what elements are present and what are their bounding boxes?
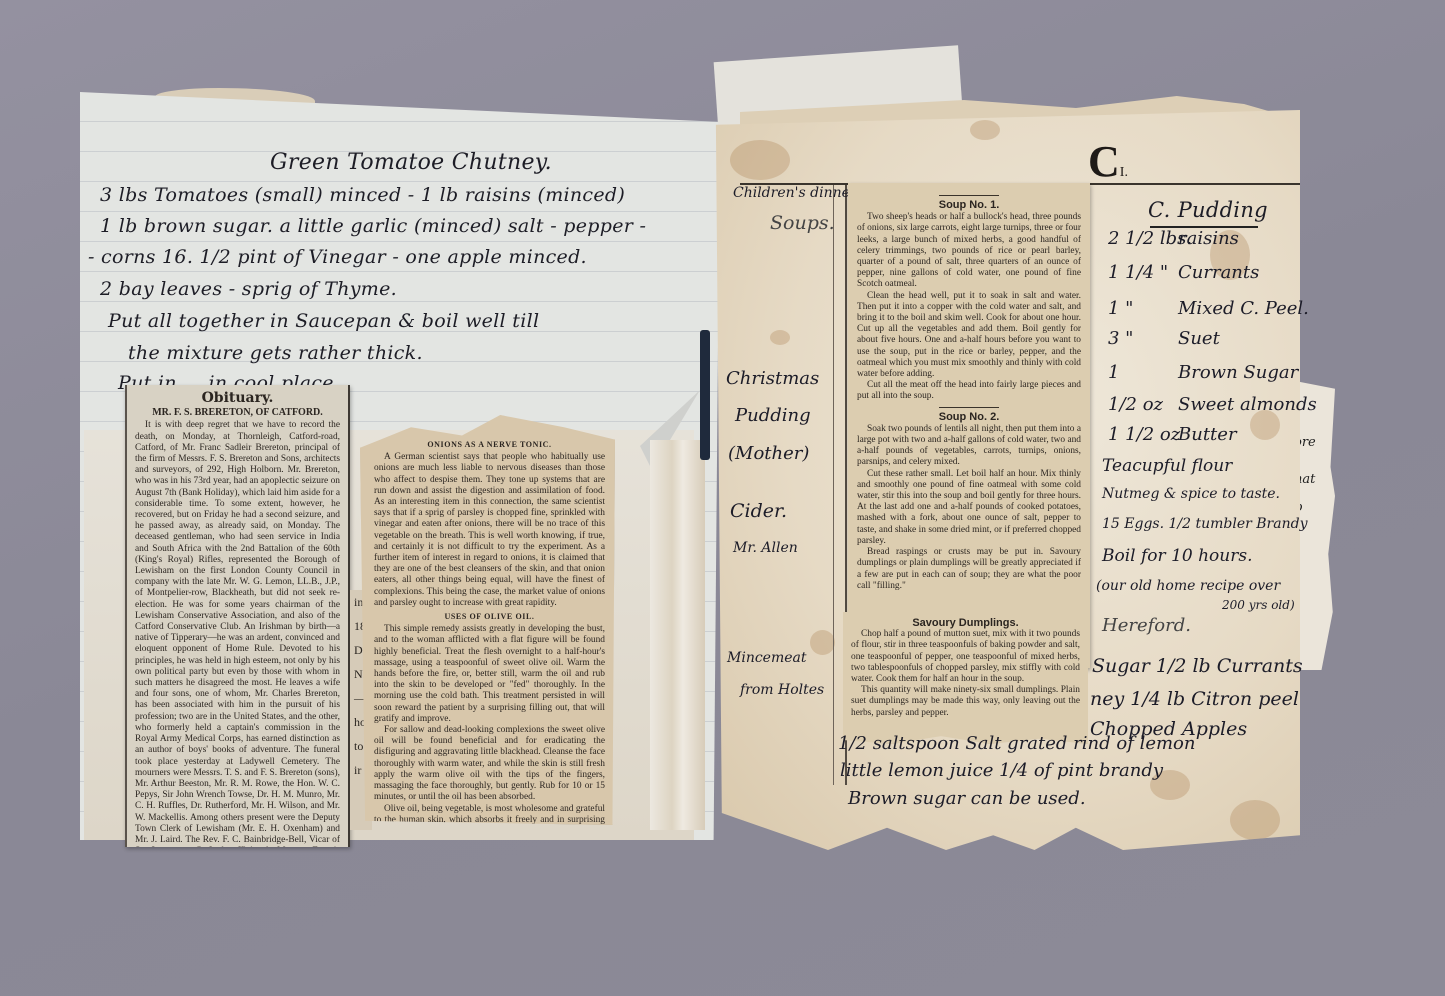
ingredient-qty: 3 " <box>1108 328 1178 349</box>
soup-2-paragraph: Cut these rather small. Let boil half an… <box>857 469 1081 547</box>
spine-binding-tape <box>700 330 710 460</box>
olive-oil-paragraph: This simple remedy assists greatly in de… <box>374 624 605 725</box>
mincemeat-line: 1/2 saltspoon Salt grated rind of lemon <box>838 733 1196 754</box>
pudding-ingredient: 1 1/4 "Currants <box>1108 262 1259 283</box>
margin-note: Children's dinners <box>733 185 864 201</box>
place-note: Hereford. <box>1102 615 1191 636</box>
dumplings-paragraph: This quantity will make ninety-six small… <box>851 685 1080 719</box>
obituary-body: It is with deep regret that we have to r… <box>135 420 340 847</box>
soup-1-title: Soup No. 1. <box>857 200 1081 211</box>
mincemeat-line: little lemon juice 1/4 of pint brandy <box>840 760 1163 781</box>
onion-clipping-title: ONIONS AS A NERVE TONIC. <box>374 439 605 450</box>
pudding-step: Boil for 10 hours. <box>1102 546 1253 566</box>
soup-2-paragraph: Soak two pounds of lentils all night, th… <box>857 424 1081 469</box>
pudding-ingredient: 1 1/2 ozButter <box>1108 424 1237 445</box>
dumplings-title: Savoury Dumplings. <box>851 618 1080 629</box>
ingredient-item: raisins <box>1178 228 1239 249</box>
chutney-title: Green Tomatoe Chutney. <box>270 150 552 175</box>
obituary-clipping: Obituary. MR. F. S. BRERETON, OF CATFORD… <box>125 385 350 847</box>
pudding-step: 200 yrs old) <box>1222 598 1295 612</box>
soup-2-title: Soup No. 2. <box>857 412 1081 423</box>
onion-clipping-body: A German scientist says that people who … <box>374 452 605 609</box>
ingredient-qty: 1 1/4 " <box>1108 262 1178 283</box>
margin-rule <box>833 185 834 785</box>
ingredient-item: Currants <box>1178 262 1259 283</box>
ingredient-qty: 1 1/2 oz <box>1108 424 1178 445</box>
pudding-step: 15 Eggs. 1/2 tumbler Brandy <box>1102 516 1307 532</box>
chutney-line: 3 lbs Tomatoes (small) minced - 1 lb rai… <box>100 184 625 206</box>
index-number: I. <box>1120 165 1128 180</box>
margin-note: from Holtes <box>740 682 824 698</box>
pudding-ingredient: 3 "Suet <box>1108 328 1220 349</box>
chutney-line: Put all together in Saucepan & boil well… <box>108 310 539 332</box>
ingredient-item: Mixed C. Peel. <box>1178 298 1309 319</box>
pudding-step: (our old home recipe over <box>1096 578 1280 594</box>
pudding-ingredient: 1Brown Sugar <box>1108 362 1298 383</box>
margin-note: Mr. Allen <box>733 540 798 556</box>
soup-1-paragraph: Two sheep's heads or half a bullock's he… <box>857 212 1081 290</box>
pudding-ingredient: 2 1/2 lbs.raisins <box>1108 228 1239 249</box>
pudding-ingredient: 1 "Mixed C. Peel. <box>1108 298 1309 319</box>
onion-olive-oil-clipping: ONIONS AS A NERVE TONIC. A German scient… <box>360 415 615 825</box>
margin-note: Pudding <box>735 405 811 426</box>
mincemeat-line: ney 1/4 lb Citron peel <box>1090 688 1299 710</box>
ingredient-qty: 1/2 oz <box>1108 394 1178 415</box>
margin-note: Christmas <box>726 368 819 389</box>
savoury-dumplings-clipping: Savoury Dumplings. Chop half a pound of … <box>843 612 1088 744</box>
mincemeat-line: Brown sugar can be used. <box>848 788 1086 809</box>
ingredient-item: Sweet almonds <box>1178 394 1317 415</box>
chutney-line: the mixture gets rather thick. <box>128 342 423 364</box>
ingredient-qty: 2 1/2 lbs. <box>1108 228 1178 249</box>
margin-note: (Mother) <box>728 443 809 464</box>
pudding-step: Teacupful flour <box>1102 456 1232 476</box>
divider-rule <box>939 407 999 408</box>
soup-1-paragraph: Cut all the meat off the head into fairl… <box>857 380 1081 402</box>
ingredient-qty: 1 " <box>1108 298 1178 319</box>
pudding-step: Nutmeg & spice to taste. <box>1102 486 1280 502</box>
soup-recipes-clipping: Soup No. 1. Two sheep's heads or half a … <box>848 183 1090 668</box>
obituary-title: Obituary. <box>135 393 340 404</box>
index-letter: C <box>1088 137 1120 186</box>
divider-rule <box>939 195 999 196</box>
soup-2-paragraph: Bread raspings or crusts may be put in. … <box>857 547 1081 592</box>
olive-oil-title: USES OF OLIVE OIL. <box>374 611 605 622</box>
chutney-line: - corns 16. 1/2 pint of Vinegar - one ap… <box>88 246 587 268</box>
chutney-line: 1 lb brown sugar. a little garlic (mince… <box>100 215 646 237</box>
soup-1-paragraph: Clean the head well, put it to soak in s… <box>857 291 1081 381</box>
margin-note: Cider. <box>730 500 787 522</box>
ingredient-item: Suet <box>1178 328 1220 349</box>
obituary-subtitle: MR. F. S. BRERETON, OF CATFORD. <box>135 407 340 418</box>
olive-oil-paragraph: For sallow and dead-looking complexions … <box>374 725 605 803</box>
chutney-line: 2 bay leaves - sprig of Thyme. <box>100 278 397 300</box>
page-index-letter: CI. <box>1088 136 1128 187</box>
ingredient-item: Brown Sugar <box>1178 362 1298 383</box>
pudding-title: C. Pudding <box>1148 198 1268 222</box>
margin-note: Soups. <box>770 212 835 234</box>
mincemeat-line: Sugar 1/2 lb Currants <box>1092 655 1303 677</box>
ingredient-qty: 1 <box>1108 362 1178 383</box>
dumplings-paragraph: Chop half a pound of mutton suet, mix wi… <box>851 629 1080 685</box>
ingredient-item: Butter <box>1178 424 1237 445</box>
book-spine-page-edges <box>650 440 705 830</box>
pudding-ingredient: 1/2 ozSweet almonds <box>1108 394 1317 415</box>
margin-note: Mincemeat <box>727 650 807 666</box>
